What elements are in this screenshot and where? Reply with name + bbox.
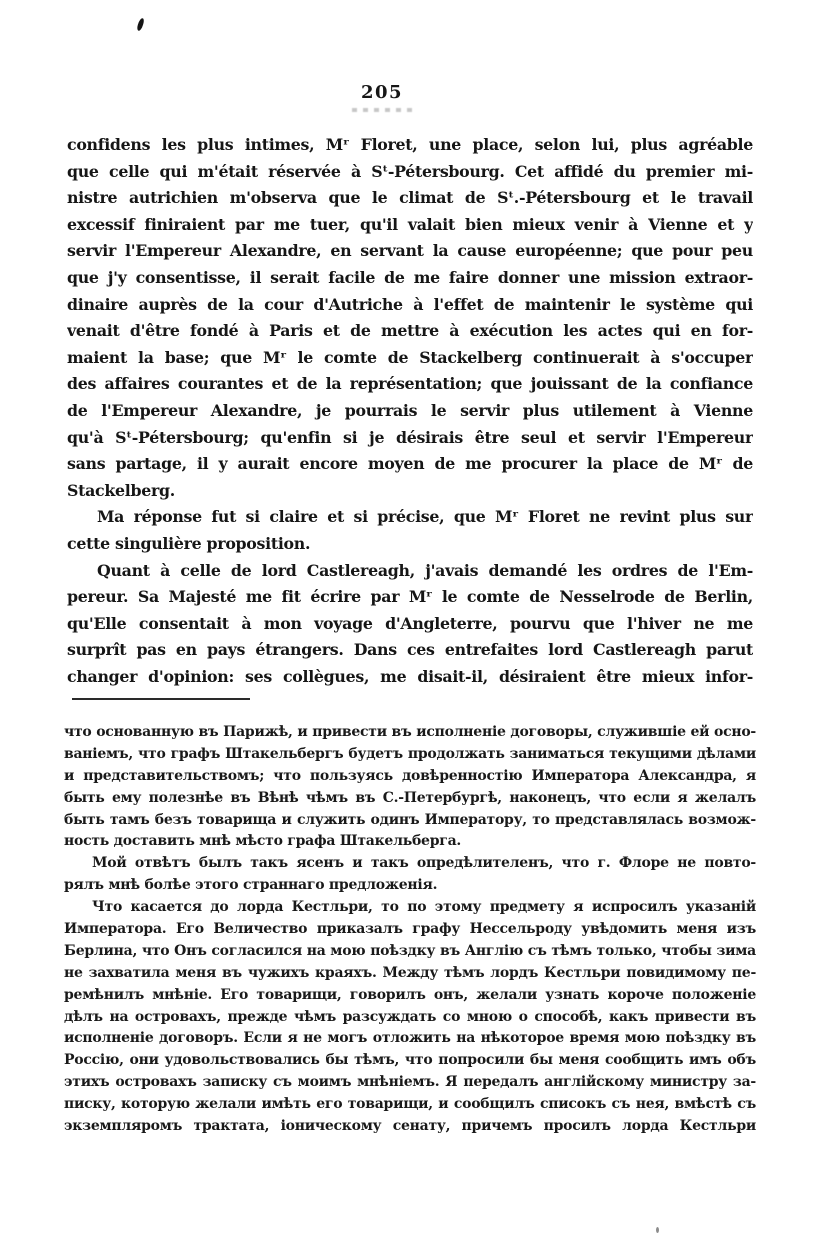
footnote-line: что основанную въ Парижѣ, и привести въ …	[64, 722, 756, 744]
footnote-line: быть тамъ безъ товарища и служить одинъ …	[64, 810, 756, 832]
text-line: Quant à celle de lord Castlereagh, j'ava…	[67, 558, 753, 585]
text-line: excessif finiraient par me tuer, qu'il v…	[67, 212, 753, 239]
text-line: dinaire auprès de la cour d'Autriche à l…	[67, 292, 753, 319]
footnote-line: и представительствомъ; что пользуясь дов…	[64, 766, 756, 788]
text-line: qu'à Sᵗ-Pétersbourg; qu'enfin si je dési…	[67, 425, 753, 452]
text-line: pereur. Sa Majesté me fit écrire par Mʳ …	[67, 584, 753, 611]
footnote-line: экземпляромъ трактата, іоническому сенат…	[64, 1116, 756, 1138]
footnote-line: рялъ мнѣ болѣе этого страннаго предложен…	[64, 875, 756, 897]
page-number: 205	[361, 82, 403, 103]
smudge-mark	[352, 108, 414, 112]
text-line: Stackelberg.	[67, 478, 753, 505]
footnote-line: Мой отвѣтъ былъ такъ ясенъ и такъ опредѣ…	[64, 853, 756, 875]
footnote-line: Императора. Его Величество приказалъ гра…	[64, 919, 756, 941]
text-line: changer d'opinion: ses collègues, me dis…	[67, 664, 753, 691]
footnote-line: ваніемъ, что графъ Штакельбергъ будетъ п…	[64, 744, 756, 766]
text-line: surprît pas en pays étrangers. Dans ces …	[67, 637, 753, 664]
text-line: confidens les plus intimes, Mʳ Floret, u…	[67, 132, 753, 159]
footnote-line: ность доставить мнѣ мѣсто графа Штакельб…	[64, 831, 756, 853]
footnote-line: быть ему полезнѣе въ Вѣнѣ чѣмъ въ С.-Пет…	[64, 788, 756, 810]
text-line: nistre autrichien m'observa que le clima…	[67, 185, 753, 212]
footnote-line: не захватила меня въ чужихъ краяхъ. Межд…	[64, 963, 756, 985]
main-text-french: confidens les plus intimes, Mʳ Floret, u…	[67, 132, 753, 690]
text-line: sans partage, il y aurait encore moyen d…	[67, 451, 753, 478]
text-line: venait d'être fondé à Paris et de mettre…	[67, 318, 753, 345]
footnote-line: исполненіе договоръ. Если я не могъ отло…	[64, 1028, 756, 1050]
text-line: qu'Elle consentait à mon voyage d'Anglet…	[67, 611, 753, 638]
footnote-line: ремѣнилъ мнѣніе. Его товарищи, говорилъ …	[64, 985, 756, 1007]
footnote-line: писку, которую желали имѣть его товарищи…	[64, 1094, 756, 1116]
text-line: de l'Empereur Alexandre, je pourrais le …	[67, 398, 753, 425]
footnote-line: Берлина, что Онъ согласился на мою поѣзд…	[64, 941, 756, 963]
footnote-line: этихъ островахъ записку съ моимъ мнѣніем…	[64, 1072, 756, 1094]
text-line: servir l'Empereur Alexandre, en servant …	[67, 238, 753, 265]
text-line: cette singulière proposition.	[67, 531, 753, 558]
text-line: des affaires courantes et de la représen…	[67, 371, 753, 398]
footnote-line: Россію, они удовольствовались бы тѣмъ, ч…	[64, 1050, 756, 1072]
footnote-line: дѣлъ на островахъ, прежде чѣмъ разсуждат…	[64, 1007, 756, 1029]
text-line: Ma réponse fut si claire et si précise, …	[67, 504, 753, 531]
footnote-text-russian: что основанную въ Парижѣ, и привести въ …	[64, 722, 756, 1138]
text-line: maient la base; que Mʳ le comte de Stack…	[67, 345, 753, 372]
text-line: que celle qui m'était réservée à Sᵗ-Péte…	[67, 159, 753, 186]
page-header: 205	[0, 82, 792, 103]
ink-speck-top-left	[136, 18, 144, 32]
text-line: que j'y consentisse, il serait facile de…	[67, 265, 753, 292]
ink-speck-bottom-right	[656, 1227, 659, 1233]
book-page-scan: 205 confidens les plus intimes, Mʳ Flore…	[0, 0, 820, 1256]
footnote-separator-rule	[72, 698, 250, 700]
footnote-line: Что касается до лорда Кестльри, то по эт…	[64, 897, 756, 919]
